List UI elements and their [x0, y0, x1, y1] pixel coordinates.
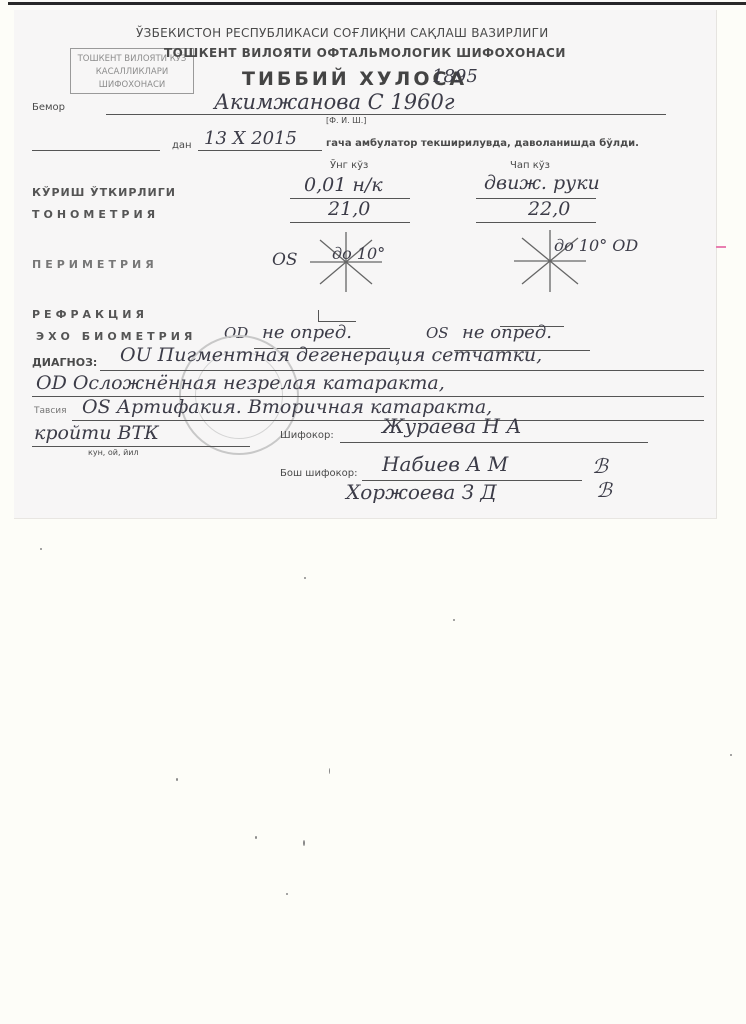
scan-top-edge — [8, 2, 746, 5]
tonometry-right: 21,0 — [328, 198, 370, 220]
scan-speck — [730, 754, 732, 756]
chief-doctor-name: Набиев А М — [382, 452, 508, 476]
perimetry-left-value: до 10° OD — [554, 236, 638, 255]
perimetry-label: ПЕРИМЕТРИЯ — [32, 258, 158, 271]
ministry-header: ЎЗБЕКИСТОН РЕСПУБЛИКАСИ СОҒЛИҚНИ САҚЛАШ … — [136, 26, 549, 40]
scan-speck — [329, 768, 330, 774]
second-signature: ℬ — [596, 478, 612, 502]
recommendation-label: Тавсия — [34, 406, 67, 416]
document-number: 1895 — [432, 66, 478, 87]
visual-acuity-left: движ. руки — [484, 172, 600, 194]
diagnosis-line-1: OU Пигментная дегенерация сетчатки, — [120, 344, 542, 366]
patient-name: Акимжанова С 1960г — [214, 90, 454, 114]
scan-speck — [40, 548, 42, 550]
period-text: гача амбулатор текширилувда, даволанишда… — [326, 138, 639, 149]
visual-acuity-label: КЎРИШ ЎТКИРЛИГИ — [32, 186, 176, 199]
echo-left-prefix: OS — [426, 324, 449, 342]
hospital-header: ТОШКЕНТ ВИЛОЯТИ ОФТАЛЬМОЛОГИК ШИФОХОНАСИ — [164, 46, 566, 60]
left-eye-header: Чап кўз — [510, 160, 550, 171]
right-eye-header: Ўнг кўз — [330, 160, 368, 171]
pink-mark — [716, 246, 726, 248]
stamp-line-2: КАСАЛЛИКЛАРИ ШИФОХОНАСИ — [71, 66, 193, 92]
scan-speck — [453, 619, 455, 621]
perimetry-right-prefix: OS — [272, 250, 298, 270]
recommendation-line-2: кройти ВТК — [34, 422, 159, 444]
perimetry-right-value: до 10° — [332, 244, 385, 263]
period-from-label: дан — [172, 140, 192, 151]
scan-speck — [286, 893, 288, 895]
chief-doctor-label: Бош шифокор: — [280, 468, 358, 479]
diagnosis-line-2: OD Осложнённая незрелая катаракта, — [36, 372, 445, 394]
echo-right-value: не опред. — [262, 322, 352, 343]
echo-left-value: не опред. — [462, 322, 552, 343]
doctor-label: Шифокор: — [280, 430, 334, 441]
scan-speck — [304, 577, 306, 579]
period-date: 13 X 2015 — [204, 128, 297, 149]
visual-acuity-right: 0,01 н/к — [304, 174, 383, 196]
patient-caption: [Ф. И. Ш.] — [326, 116, 366, 125]
scan-speck — [255, 836, 257, 839]
patient-label: Бемор — [32, 102, 65, 113]
tonometry-left: 22,0 — [528, 198, 570, 220]
refraction-label: РЕФРАКЦИЯ — [32, 308, 148, 321]
scan-speck — [176, 778, 178, 781]
doctor-name: Жураева Н А — [382, 414, 522, 438]
medical-certificate-sheet: ТОШКЕНТ ВИЛОЯТИ КЎЗ КАСАЛЛИКЛАРИ ШИФОХОН… — [14, 10, 717, 519]
second-signatory-name: Хоржоева З Д — [346, 480, 497, 504]
echo-biometry-label: ЭХО БИОМЕТРИЯ — [36, 330, 196, 343]
tonometry-label: ТОНОМЕТРИЯ — [32, 208, 159, 221]
diagnosis-label: ДИАГНОЗ: — [32, 356, 97, 369]
date-caption: кун, ой, йил — [88, 448, 139, 457]
chief-doctor-signature: ℬ — [592, 454, 608, 478]
scan-speck — [303, 840, 305, 846]
